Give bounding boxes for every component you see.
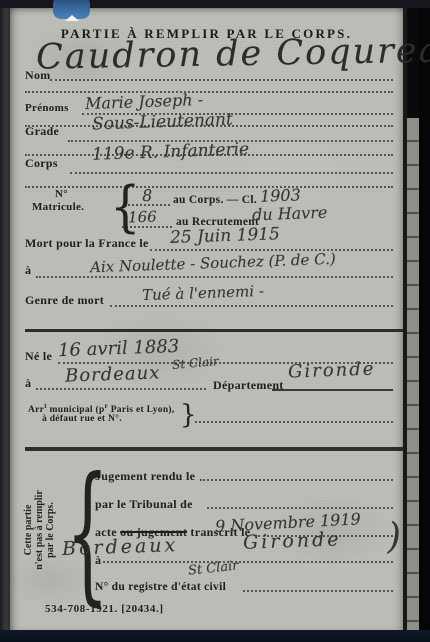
ruled-line	[70, 170, 393, 174]
grade-label: Grade	[25, 124, 59, 139]
ruled-line	[200, 477, 393, 481]
form-reference-number: 534-708-1921. [20434.]	[45, 603, 164, 615]
ruled-line	[25, 184, 393, 188]
prenoms-label: Prénoms	[25, 102, 69, 114]
ne-a-label: à	[25, 376, 31, 391]
prenoms-handwriting: Marie Joseph -	[85, 90, 204, 113]
document-page: PARTIE À REMPLIR PAR LE CORPS. Nom Préno…	[10, 8, 403, 630]
matricule-brace: {	[110, 179, 141, 234]
mort-lieu-handwriting: Aix Noulette - Souchez (P. de C.)	[90, 250, 336, 277]
ne-a-sup-handwriting: St Clair	[171, 354, 219, 372]
mort-le-label: Mort pour la France le	[25, 236, 149, 251]
matricule-no-label: N°	[55, 188, 68, 200]
registre-label: N° du registre d'état civil	[95, 581, 226, 593]
recrutement-place-handwriting: du Havre	[252, 203, 328, 225]
corps-label: Corps	[25, 156, 58, 171]
corps-handwriting: 119e R. Infanterie	[92, 139, 250, 164]
ne-a-handwriting: Bordeaux	[65, 362, 161, 386]
adjacent-page-strip	[407, 118, 419, 632]
mort-lieu-label: à	[25, 263, 31, 278]
ruled-line	[195, 419, 393, 423]
scroll-to-top-button[interactable]	[53, 0, 90, 19]
scan-background	[419, 0, 430, 642]
ruled-line	[150, 247, 393, 251]
grade-handwriting: Sous-Lieutenant	[92, 110, 233, 135]
au-corps-label: au Corps. — Cl.	[173, 194, 257, 206]
nom-handwriting: Caudron de Coqureaumont	[36, 30, 430, 77]
mort-date-handwriting: 25 Juin 1915	[170, 224, 280, 248]
side-note-rotated: Cette partie n'est pas à remplir par le …	[23, 460, 59, 600]
ne-le-handwriting: 16 avril 1883	[58, 336, 180, 361]
ruled-line	[25, 89, 393, 93]
flourish-paren: )	[386, 516, 401, 557]
jugement-rendu-label: Jugement rendu le	[95, 469, 195, 484]
classe-handwriting: 1903	[260, 185, 301, 205]
ruled-line	[243, 588, 393, 592]
ruled-line	[36, 386, 206, 390]
genre-mort-label: Genre de mort	[25, 293, 104, 308]
ruled-line	[103, 559, 393, 563]
departement-label: Département	[213, 378, 284, 393]
matricule-recrutement-handwriting: 166	[128, 208, 157, 227]
arrondissement-label-line2: à défaut rue et N°.	[42, 414, 122, 424]
departement-handwriting: Gironde	[288, 358, 376, 382]
ruled-line	[50, 77, 393, 81]
up-arrow-icon	[65, 0, 79, 15]
matricule-label: Matricule.	[32, 201, 84, 213]
tribunal-label: par le Tribunal de	[95, 497, 193, 512]
transcrit-dept-handwriting: Gironde	[243, 528, 342, 553]
matricule-corps-handwriting: 8	[142, 186, 153, 205]
ne-le-label: Né le	[25, 349, 52, 364]
genre-mort-handwriting: Tué à l'ennemi -	[142, 282, 264, 304]
transcrit-ville-handwriting: Bordeaux	[62, 534, 179, 560]
viewer-bottom-edge	[0, 630, 430, 642]
ruled-line	[207, 505, 393, 509]
ruled-line	[272, 389, 393, 391]
scanned-document-view: PARTIE À REMPLIR PAR LE CORPS. Nom Préno…	[0, 0, 430, 642]
divider-rule	[25, 329, 403, 332]
arrondissement-brace: }	[180, 402, 197, 428]
scan-background	[0, 0, 10, 642]
